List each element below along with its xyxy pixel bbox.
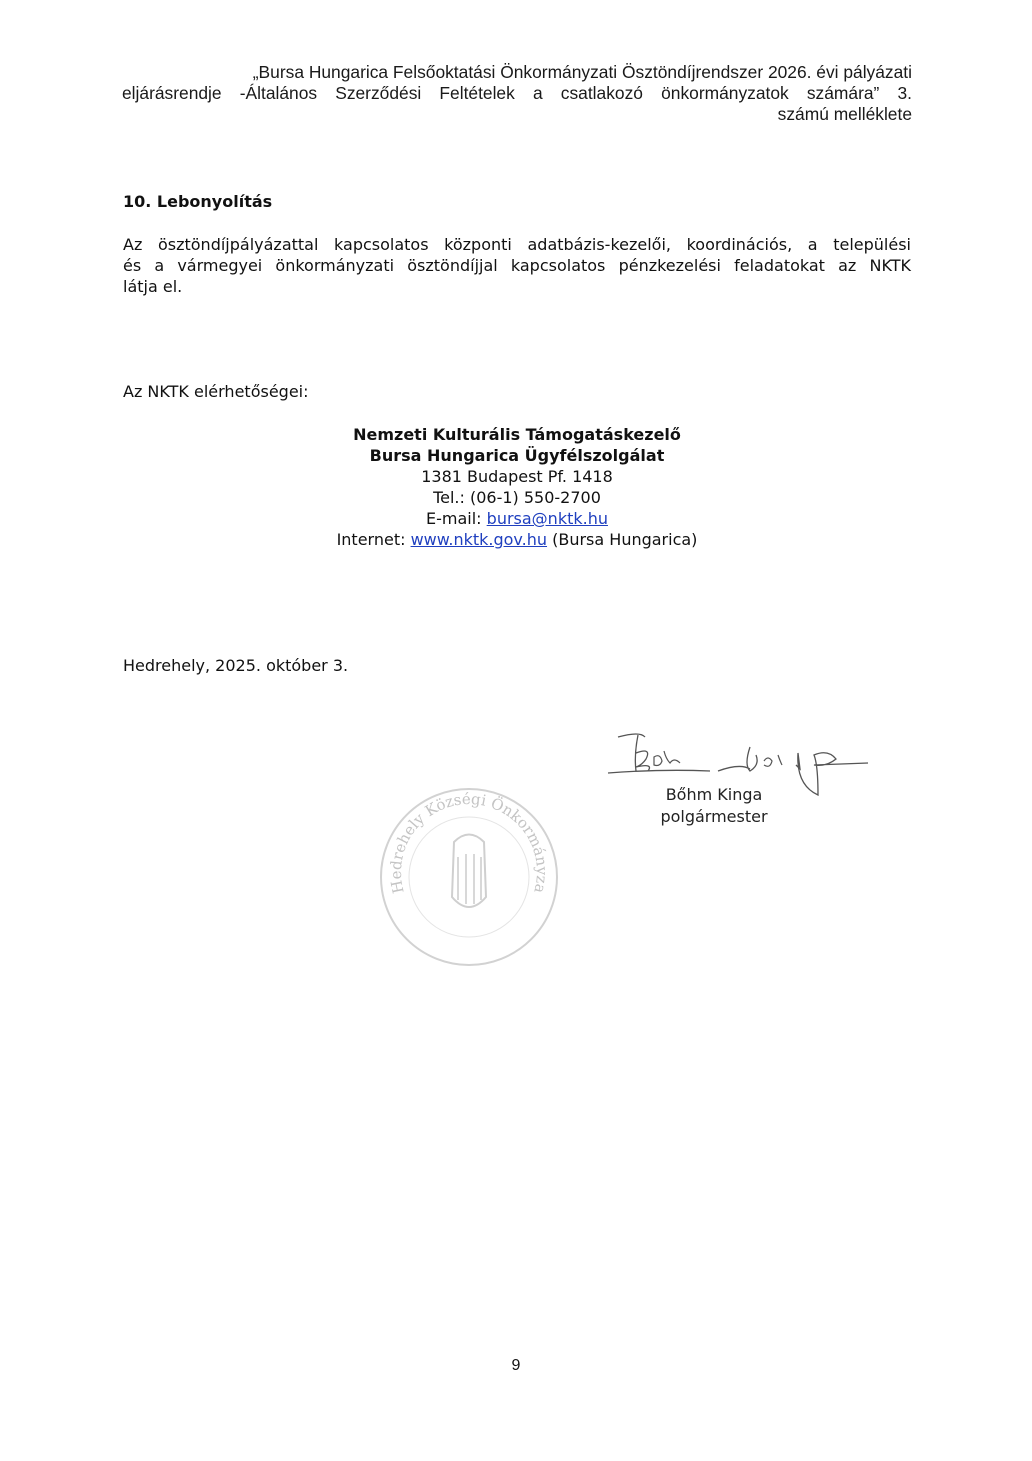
page-number: 9 — [0, 1357, 1032, 1375]
paragraph-line: és a vármegyei önkormányzati ösztöndíjja… — [123, 255, 911, 276]
signatory-name: Bőhm Kinga — [614, 784, 814, 806]
telephone: Tel.: (06-1) 550-2700 — [0, 487, 1032, 508]
svg-text:Hedrehely Községi Önkormányzat: Hedrehely Községi Önkormányzat Képviselő… — [374, 782, 551, 895]
internet-line: Internet: www.nktk.gov.hu (Bursa Hungari… — [0, 529, 1032, 550]
email-line: E-mail: bursa@nktk.hu — [0, 508, 1032, 529]
place-date: Hedrehely, 2025. október 3. — [123, 656, 348, 675]
official-stamp-icon: Hedrehely Községi Önkormányzat Képviselő… — [374, 782, 564, 972]
document-header: „Bursa Hungarica Felsőoktatási Önkormány… — [122, 62, 912, 125]
contact-block: Nemzeti Kulturális Támogatáskezelő Bursa… — [0, 424, 1032, 550]
email-link[interactable]: bursa@nktk.hu — [487, 509, 608, 528]
header-line-2: eljárásrendje -Általános Szerződési Felt… — [122, 83, 912, 104]
internet-label: Internet: — [337, 530, 411, 549]
paragraph-line: látja el. — [123, 276, 911, 297]
header-line-1: „Bursa Hungarica Felsőoktatási Önkormány… — [122, 62, 912, 83]
website-suffix: (Bursa Hungarica) — [547, 530, 697, 549]
header-line-3: számú melléklete — [122, 104, 912, 125]
website-link[interactable]: www.nktk.gov.hu — [411, 530, 547, 549]
postal-address: 1381 Budapest Pf. 1418 — [0, 466, 1032, 487]
service-name: Bursa Hungarica Ügyfélszolgálat — [0, 445, 1032, 466]
paragraph-line: Az ösztöndíjpályázattal kapcsolatos közp… — [123, 234, 911, 255]
contacts-label: Az NKTK elérhetőségei: — [123, 382, 309, 401]
section-title: 10. Lebonyolítás — [123, 192, 272, 211]
signatory-title: polgármester — [614, 806, 814, 828]
org-name: Nemzeti Kulturális Támogatáskezelő — [0, 424, 1032, 445]
email-label: E-mail: — [426, 509, 487, 528]
signatory: Bőhm Kinga polgármester — [614, 784, 814, 828]
section-paragraph: Az ösztöndíjpályázattal kapcsolatos közp… — [123, 234, 911, 297]
